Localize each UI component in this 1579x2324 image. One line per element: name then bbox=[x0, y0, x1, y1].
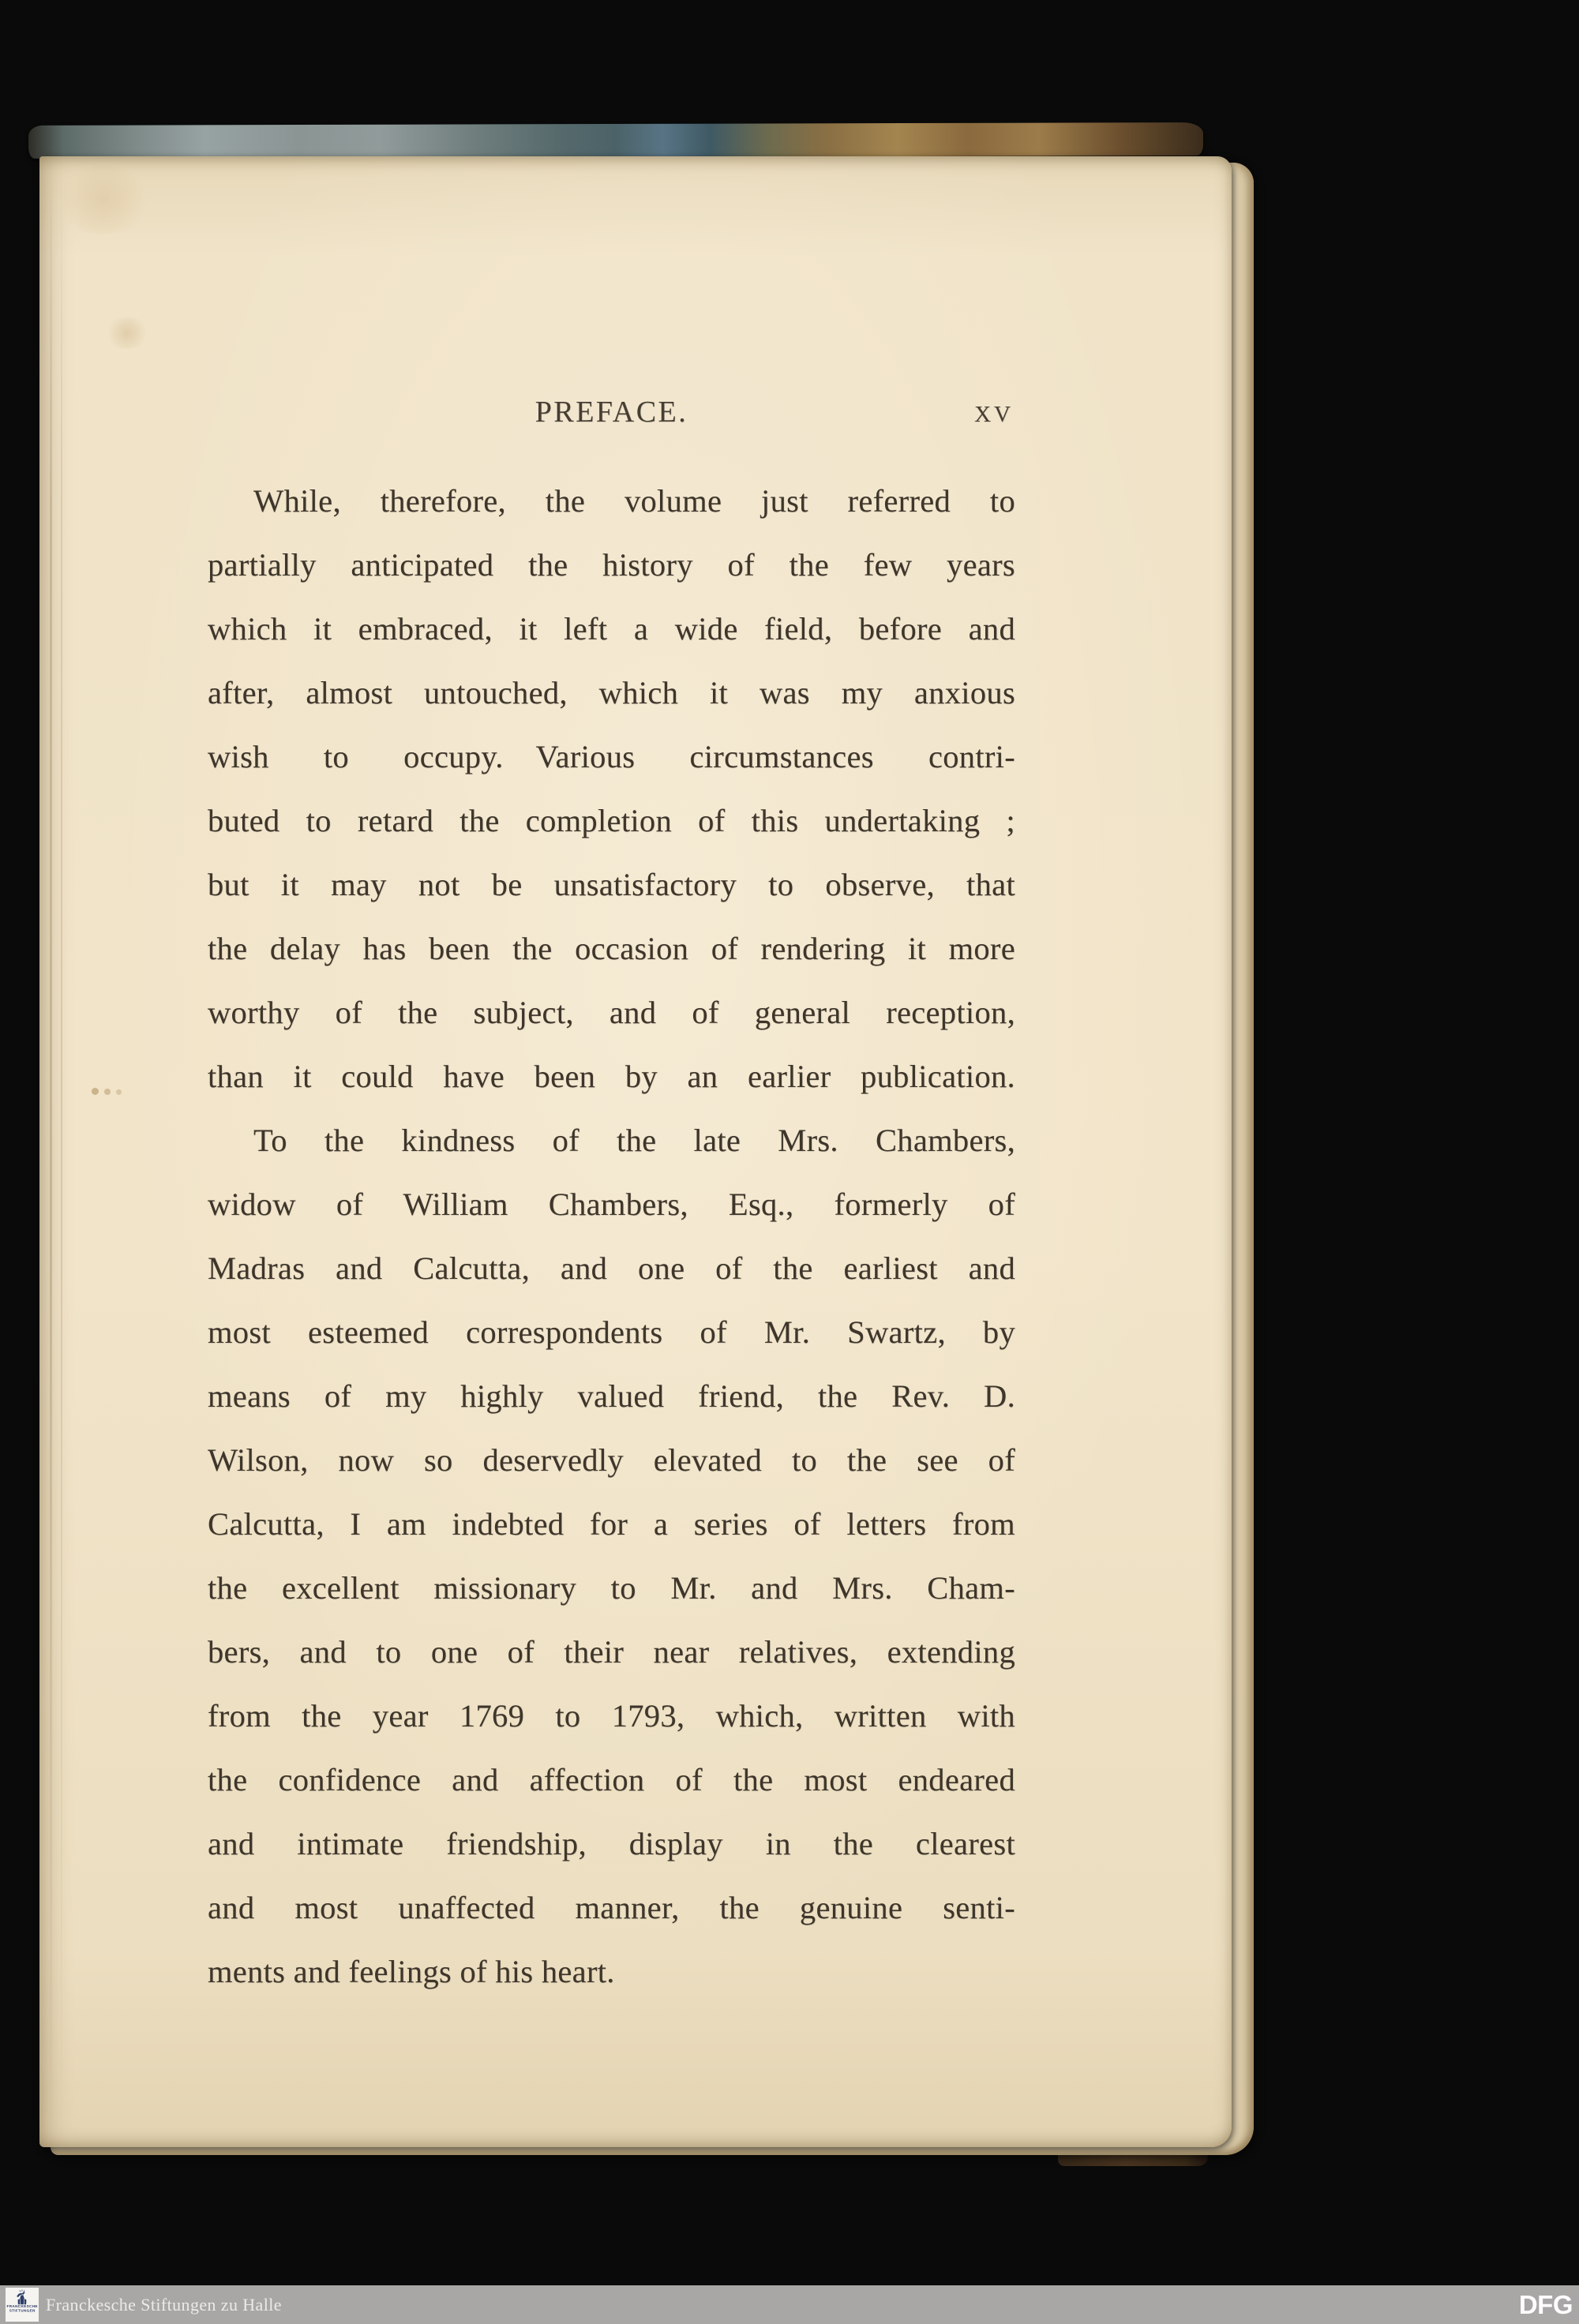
page-text-block: PREFACE. XV While, therefore, the volume… bbox=[208, 393, 1015, 2004]
gutter-crease bbox=[50, 156, 52, 2147]
text-line: Calcutta, I am indebted for a series of … bbox=[208, 1492, 1015, 1556]
text-line: the excellent missionary to Mr. and Mrs.… bbox=[208, 1556, 1015, 1620]
text-line: after, almost untouched, which it was my… bbox=[208, 661, 1015, 725]
institution-logo: FRANCKESCHE STIFTUNGEN bbox=[6, 2288, 39, 2322]
eagle-and-sun-icon bbox=[14, 2289, 30, 2305]
institution-logo-caption: FRANCKESCHE STIFTUNGEN bbox=[6, 2305, 37, 2314]
text-line: worthy of the subject, and of general re… bbox=[208, 980, 1015, 1044]
text-line: the delay has been the occasion of rende… bbox=[208, 916, 1015, 980]
text-line: means of my highly valued friend, the Re… bbox=[208, 1364, 1015, 1428]
running-title: PREFACE. bbox=[535, 395, 688, 429]
page-header: PREFACE. XV bbox=[208, 393, 1015, 469]
text-line: Wilson, now so deservedly elevated to th… bbox=[208, 1428, 1015, 1492]
text-line: and intimate friendship, display in the … bbox=[208, 1812, 1015, 1876]
text-line: the confidence and affection of the most… bbox=[208, 1748, 1015, 1812]
digitization-footer-bar: FRANCKESCHE STIFTUNGEN Franckesche Stift… bbox=[0, 2285, 1579, 2324]
page-number: XV bbox=[974, 402, 1014, 428]
book-binding-marbled-edge bbox=[28, 122, 1203, 159]
foxing-stain bbox=[104, 317, 150, 349]
text-line: While, therefore, the volume just referr… bbox=[208, 469, 1015, 533]
gutter-crease bbox=[61, 156, 62, 2147]
paragraph: To the kindness of the late Mrs. Chamber… bbox=[208, 1108, 1015, 2004]
text-line: and most unaffected manner, the genuine … bbox=[208, 1876, 1015, 1940]
text-line: ments and feelings of his heart. bbox=[208, 1940, 1015, 2004]
ink-dot-mark bbox=[92, 1088, 99, 1095]
text-line: which it embraced, it left a wide field,… bbox=[208, 597, 1015, 661]
institution-name: Franckesche Stiftungen zu Halle bbox=[46, 2285, 282, 2324]
dfg-logo: DFG bbox=[1519, 2285, 1573, 2324]
scanned-page: PREFACE. XV While, therefore, the volume… bbox=[39, 156, 1232, 2147]
text-line: most esteemed correspondents of Mr. Swar… bbox=[208, 1300, 1015, 1364]
text-line: wish to occupy. Various circumstances co… bbox=[208, 725, 1015, 789]
paragraph: While, therefore, the volume just referr… bbox=[208, 469, 1015, 1108]
text-line: bers, and to one of their near relatives… bbox=[208, 1620, 1015, 1684]
text-line: widow of William Chambers, Esq., formerl… bbox=[208, 1172, 1015, 1236]
foxing-stain bbox=[52, 166, 155, 234]
text-line: Madras and Calcutta, and one of the earl… bbox=[208, 1236, 1015, 1300]
text-line: To the kindness of the late Mrs. Chamber… bbox=[208, 1108, 1015, 1172]
ink-dot-mark bbox=[104, 1089, 111, 1095]
ink-dot-mark bbox=[116, 1089, 122, 1095]
text-line: but it may not be unsatisfactory to obse… bbox=[208, 853, 1015, 916]
text-line: buted to retard the completion of this u… bbox=[208, 789, 1015, 853]
text-line: from the year 1769 to 1793, which, writt… bbox=[208, 1684, 1015, 1748]
text-line: than it could have been by an earlier pu… bbox=[208, 1044, 1015, 1108]
book-scan-viewport: PREFACE. XV While, therefore, the volume… bbox=[0, 0, 1579, 2324]
text-line: partially anticipated the history of the… bbox=[208, 533, 1015, 597]
